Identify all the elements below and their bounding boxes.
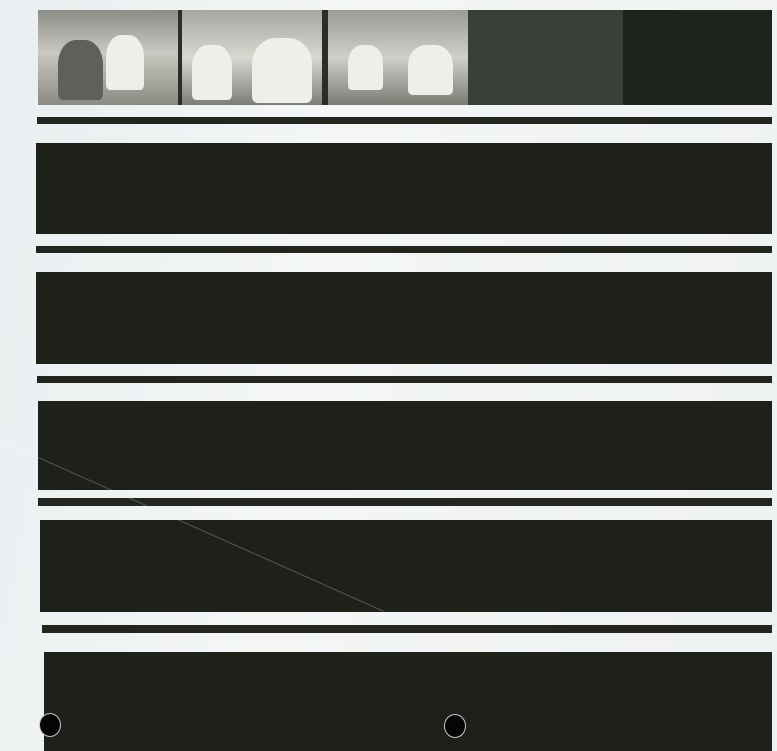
film-strip-4 [38, 401, 772, 490]
photo-frame-1 [38, 10, 178, 105]
film-edge-3 [37, 376, 772, 383]
film-edge-2 [36, 246, 772, 253]
film-strip-5 [40, 520, 772, 612]
punch-hole-center [444, 714, 466, 738]
film-edge-1 [37, 117, 772, 124]
punch-hole-left [39, 713, 61, 737]
film-strip-2 [36, 143, 772, 234]
blank-frame-5 [623, 10, 772, 105]
film-edge-5 [42, 625, 772, 633]
film-strip-1 [38, 10, 772, 105]
photo-frame-2 [182, 10, 322, 105]
film-strip-6 [44, 652, 772, 751]
contact-sheet [0, 0, 777, 751]
blank-frame-4 [468, 10, 623, 105]
film-strip-3 [36, 272, 772, 364]
film-edge-4 [38, 498, 772, 506]
photo-frame-3 [328, 10, 468, 105]
